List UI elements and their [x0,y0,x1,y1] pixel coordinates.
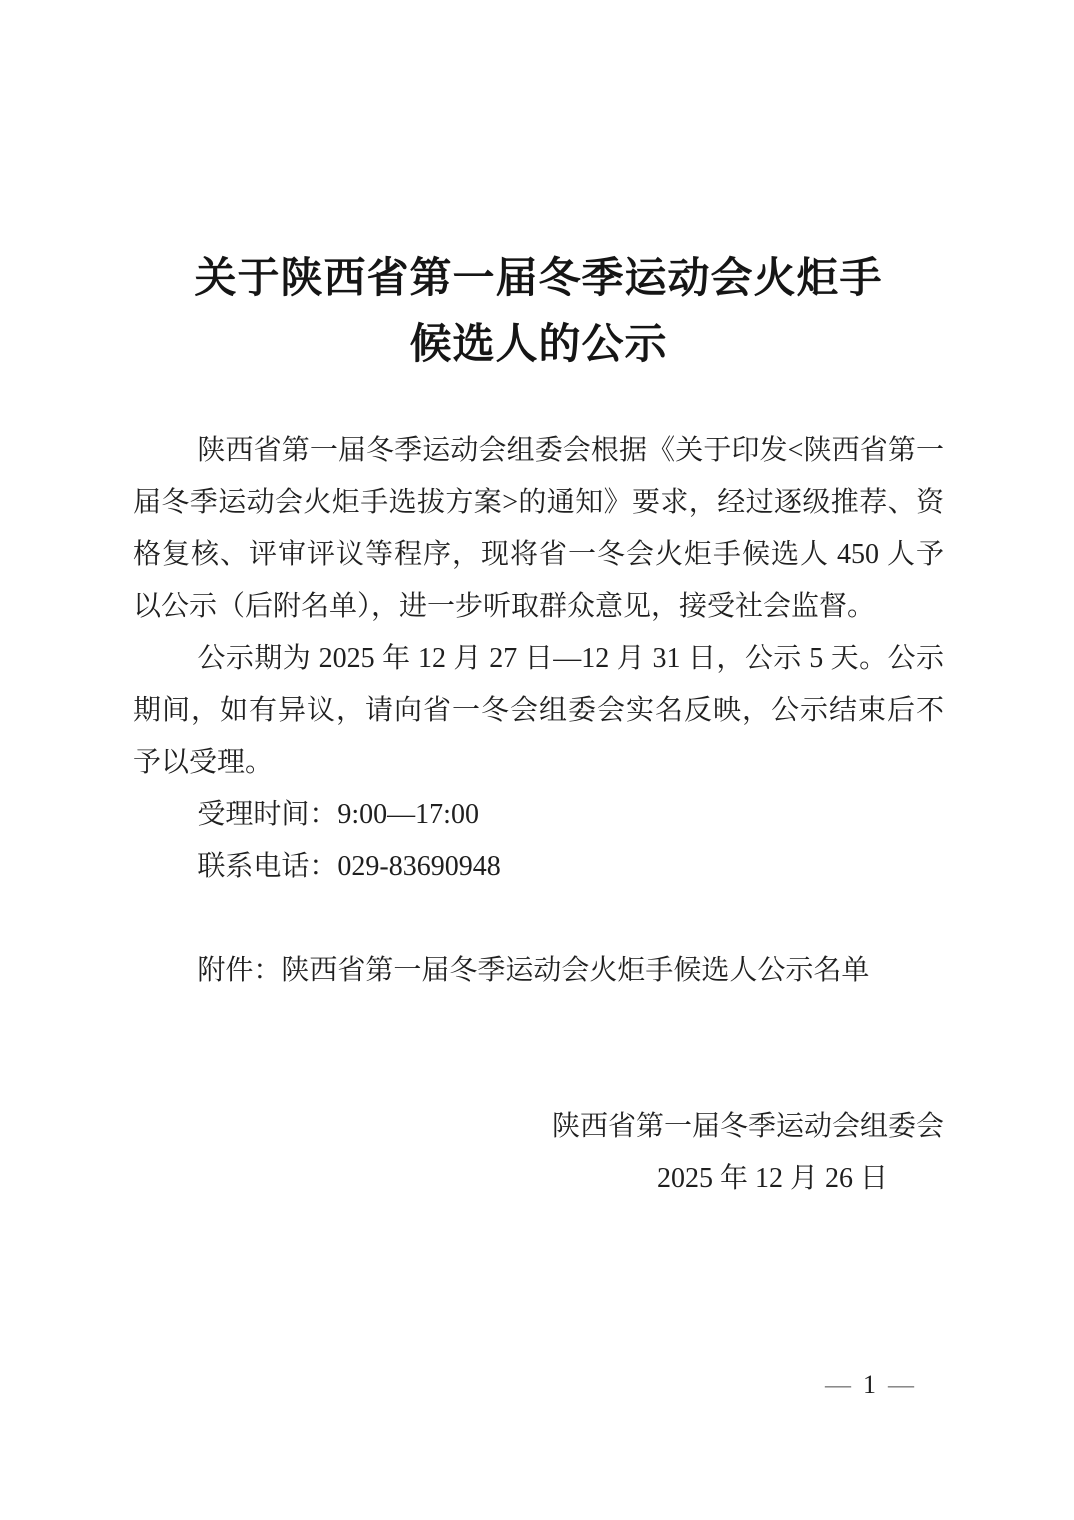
page-number: 1 [863,1370,876,1399]
attachment-line: 附件：陕西省第一届冬季运动会火炬手候选人公示名单 [133,945,944,997]
footer-dash-right: — [888,1370,914,1399]
document-body: 陕西省第一届冬季运动会组委会根据《关于印发<陕西省第一届冬季运动会火炬手选拔方案… [133,425,944,1205]
signature-date: 2025 年 12 月 26 日 [133,1153,944,1205]
paragraph-1: 陕西省第一届冬季运动会组委会根据《关于印发<陕西省第一届冬季运动会火炬手选拔方案… [133,425,944,633]
footer-dash-left: — [825,1370,851,1399]
page-title-line-1: 关于陕西省第一届冬季运动会火炬手 [133,245,944,311]
spacer [133,997,944,1101]
paragraph-2: 公示期为 2025 年 12 月 27 日—12 月 31 日，公示 5 天。公… [133,633,944,789]
page-title: 关于陕西省第一届冬季运动会火炬手 候选人的公示 [133,245,944,377]
signature-organization: 陕西省第一届冬季运动会组委会 [133,1101,944,1153]
spacer [133,893,944,945]
document-page: 关于陕西省第一届冬季运动会火炬手 候选人的公示 陕西省第一届冬季运动会组委会根据… [0,0,1074,1520]
acceptance-time-line: 受理时间：9:00—17:00 [133,789,944,841]
contact-phone-line: 联系电话：029-83690948 [133,841,944,893]
page-footer: —1— [825,1370,914,1400]
document-content: 关于陕西省第一届冬季运动会火炬手 候选人的公示 陕西省第一届冬季运动会组委会根据… [0,245,1074,1205]
page-title-line-2: 候选人的公示 [133,311,944,377]
